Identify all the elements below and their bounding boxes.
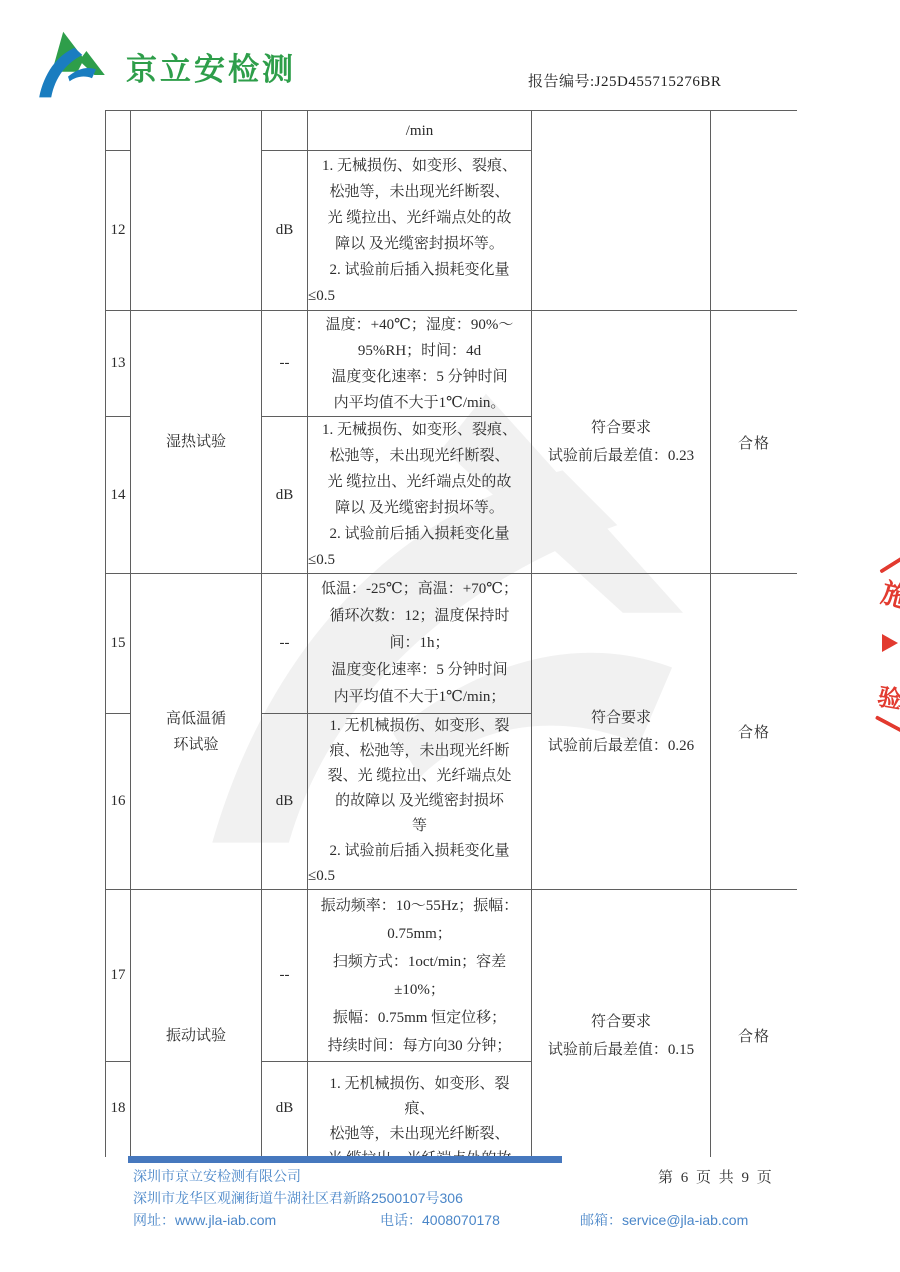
footer-company: 深圳市京立安检测有限公司 bbox=[133, 1166, 301, 1186]
red-seal-fragment: 施 验章 bbox=[870, 542, 900, 737]
text-line: 振动试验 bbox=[131, 1023, 261, 1049]
text-line: 高低温循 bbox=[131, 706, 261, 732]
row-number-cell: 16 bbox=[106, 714, 131, 890]
text-line: 环试验 bbox=[131, 732, 261, 758]
unit-cell: -- bbox=[262, 311, 308, 417]
text-line: 1. 无械损伤、如变形、裂痕、 bbox=[308, 417, 531, 443]
item-name-cell bbox=[131, 111, 262, 311]
text-line: 1. 无机械损伤、如变形、裂 bbox=[308, 1072, 531, 1097]
footer-address: 深圳市龙华区观澜街道牛湖社区君新路2500107号306 bbox=[133, 1188, 463, 1208]
text-line: 温度变化速率：5 分钟时间 bbox=[308, 657, 531, 684]
text-line: 间：1h； bbox=[308, 630, 531, 657]
seal-arc-bottom bbox=[875, 715, 900, 733]
row-number-cell: 12 bbox=[106, 151, 131, 311]
footer-phone: 电话：4008070178 bbox=[380, 1210, 500, 1230]
text-line: 95%RH；时间：4d bbox=[308, 338, 531, 364]
text-line: 2. 试验前后插入损耗变化量 bbox=[308, 257, 531, 283]
req-16: 1. 无机械损伤、如变形、裂痕、松弛等，未出现光纤断裂、光 缆拉出、光纤端点处的… bbox=[308, 714, 532, 890]
logo-mountain-icon bbox=[36, 27, 116, 99]
text-line: 持续时间：每方向30 分钟； bbox=[308, 1032, 531, 1060]
page-footer: 深圳市京立安检测有限公司 深圳市龙华区观澜街道牛湖社区君新路2500107号30… bbox=[0, 1162, 900, 1232]
text-line: 痕、松弛等，未出现光纤断 bbox=[308, 739, 531, 764]
footer-email: 邮箱：service@jla-iab.com bbox=[580, 1210, 748, 1230]
text-line: 低温：-25℃；高温：+70℃； bbox=[308, 576, 531, 603]
verdict-damp-heat: 合格 bbox=[711, 311, 798, 574]
text-line: 光 缆拉出、光纤端点处的故 bbox=[308, 469, 531, 495]
result-damp-heat: 符合要求试验前后最差值：0.23 bbox=[532, 311, 711, 574]
unit-cell: -- bbox=[262, 890, 308, 1062]
seal-character-bottom: 验章 bbox=[875, 677, 900, 719]
result-vibration: 符合要求试验前后最差值：0.15 bbox=[532, 890, 711, 1158]
item-name-temp-cycle: 高低温循环试验 bbox=[131, 574, 262, 890]
text-line: 内平均值不大于1℃/min； bbox=[308, 684, 531, 711]
req-18: 1. 无机械损伤、如变形、裂痕、松弛等，未出现光纤断裂、光 缆拉出、光纤端点处的… bbox=[308, 1062, 532, 1158]
text-line: 湿热试验 bbox=[131, 429, 261, 455]
row-number-cell: 17 bbox=[106, 890, 131, 1062]
verdict-temp-cycle: 合格 bbox=[711, 574, 798, 890]
table-row: 17 振动试验 -- 振动频率：10～55Hz；振幅：0.75mm；扫频方式：1… bbox=[106, 890, 798, 1062]
text-line: 2. 试验前后插入损耗变化量 bbox=[308, 839, 531, 864]
req-12: 1. 无械损伤、如变形、裂痕、松弛等，未出现光纤断裂、光 缆拉出、光纤端点处的故… bbox=[308, 151, 532, 311]
page-header: 京立安检测 报告编号:J25D455715276BR bbox=[0, 0, 900, 108]
text-line: ≤0.5 bbox=[308, 547, 531, 573]
item-name-damp-heat: 湿热试验 bbox=[131, 311, 262, 574]
text-line: 2. 试验前后插入损耗变化量 bbox=[308, 521, 531, 547]
result-cell bbox=[532, 111, 711, 311]
req-15: 低温：-25℃；高温：+70℃；循环次数：12；温度保持时间：1h；温度变化速率… bbox=[308, 574, 532, 714]
table-row: 13 湿热试验 -- 温度：+40℃；湿度：90%～95%RH；时间：4d温度变… bbox=[106, 311, 798, 417]
result-temp-cycle: 符合要求试验前后最差值：0.26 bbox=[532, 574, 711, 890]
text-line: 0.75mm； bbox=[308, 920, 531, 948]
text-line: 试验前后最差值：0.26 bbox=[532, 732, 710, 760]
req-13: 温度：+40℃；湿度：90%～95%RH；时间：4d温度变化速率：5 分钟时间内… bbox=[308, 311, 532, 417]
page-break-bar bbox=[128, 1156, 562, 1163]
text-line: ±10%； bbox=[308, 976, 531, 1004]
row-number-cell: 15 bbox=[106, 574, 131, 714]
text-line: 裂、光 缆拉出、光纤端点处 bbox=[308, 764, 531, 789]
text-line: ≤0.5 bbox=[308, 864, 531, 889]
text-line: 1. 无机械损伤、如变形、裂 bbox=[308, 714, 531, 739]
text-line: 扫频方式：1oct/min；容差 bbox=[308, 948, 531, 976]
unit-cell: dB bbox=[262, 1062, 308, 1158]
page-number: 第 6 页 共 9 页 bbox=[658, 1166, 774, 1187]
unit-cell: dB bbox=[262, 714, 308, 890]
text-line: 内平均值不大于1℃/min。 bbox=[308, 390, 531, 416]
table-row: 15 高低温循环试验 -- 低温：-25℃；高温：+70℃；循环次数：12；温度… bbox=[106, 574, 798, 714]
unit-cell bbox=[262, 111, 308, 151]
text-line: 障以 及光缆密封损坏等。 bbox=[308, 495, 531, 521]
report-number: 报告编号:J25D455715276BR bbox=[528, 70, 721, 91]
row-number-cell bbox=[106, 111, 131, 151]
verdict-cell bbox=[711, 111, 798, 311]
text-line: 试验前后最差值：0.23 bbox=[532, 442, 710, 470]
text-line: 温度：+40℃；湿度：90%～ bbox=[308, 312, 531, 338]
text-line: 温度变化速率：5 分钟时间 bbox=[308, 364, 531, 390]
text-line: ≤0.5 bbox=[308, 283, 531, 309]
text-line: 障以 及光缆密封损坏等。 bbox=[308, 231, 531, 257]
row-number-cell: 14 bbox=[106, 417, 131, 574]
req-carry: /min bbox=[308, 111, 532, 151]
text-line: 松弛等，未出现光纤断裂、 bbox=[308, 1122, 531, 1147]
text-line: 符合要求 bbox=[532, 414, 710, 442]
row-number-cell: 18 bbox=[106, 1062, 131, 1158]
table-row: /min bbox=[106, 111, 798, 151]
test-results-table: /min 12 dB 1. 无械损伤、如变形、裂痕、松弛等，未出现光纤断裂、光 … bbox=[105, 110, 797, 1157]
item-name-vibration: 振动试验 bbox=[131, 890, 262, 1158]
seal-character-top: 施 bbox=[878, 571, 900, 617]
report-page: { "header": { "brand": "京立安检测", "report_… bbox=[0, 0, 900, 1272]
seal-triangle-icon bbox=[882, 634, 898, 652]
text-line: 符合要求 bbox=[532, 1008, 710, 1036]
company-logo: 京立安检测 bbox=[36, 26, 356, 100]
footer-website: 网址：www.jla-iab.com bbox=[133, 1210, 276, 1230]
seal-arc-top bbox=[879, 554, 900, 573]
carry-over-text: /min bbox=[308, 118, 531, 144]
text-line: 痕、 bbox=[308, 1097, 531, 1122]
text-line: 试验前后最差值：0.15 bbox=[532, 1036, 710, 1064]
text-line: 循环次数：12；温度保持时 bbox=[308, 603, 531, 630]
text-line: 光 缆拉出、光纤端点处的故 bbox=[308, 205, 531, 231]
unit-cell: -- bbox=[262, 574, 308, 714]
req-14: 1. 无械损伤、如变形、裂痕、松弛等，未出现光纤断裂、光 缆拉出、光纤端点处的故… bbox=[308, 417, 532, 574]
text-line: 的故障以 及光缆密封损坏 bbox=[308, 789, 531, 814]
unit-cell: dB bbox=[262, 151, 308, 311]
req-17: 振动频率：10～55Hz；振幅：0.75mm；扫频方式：1oct/min；容差±… bbox=[308, 890, 532, 1062]
text-line: 振幅：0.75mm 恒定位移； bbox=[308, 1004, 531, 1032]
text-line: 松弛等，未出现光纤断裂、 bbox=[308, 443, 531, 469]
text-line: 符合要求 bbox=[532, 704, 710, 732]
text-line: 1. 无械损伤、如变形、裂痕、 bbox=[308, 153, 531, 179]
text-line: 松弛等，未出现光纤断裂、 bbox=[308, 179, 531, 205]
verdict-vibration: 合格 bbox=[711, 890, 798, 1158]
text-line: 振动频率：10～55Hz；振幅： bbox=[308, 892, 531, 920]
brand-name: 京立安检测 bbox=[126, 44, 296, 89]
unit-cell: dB bbox=[262, 417, 308, 574]
text-line: 等 bbox=[308, 814, 531, 839]
row-number-cell: 13 bbox=[106, 311, 131, 417]
